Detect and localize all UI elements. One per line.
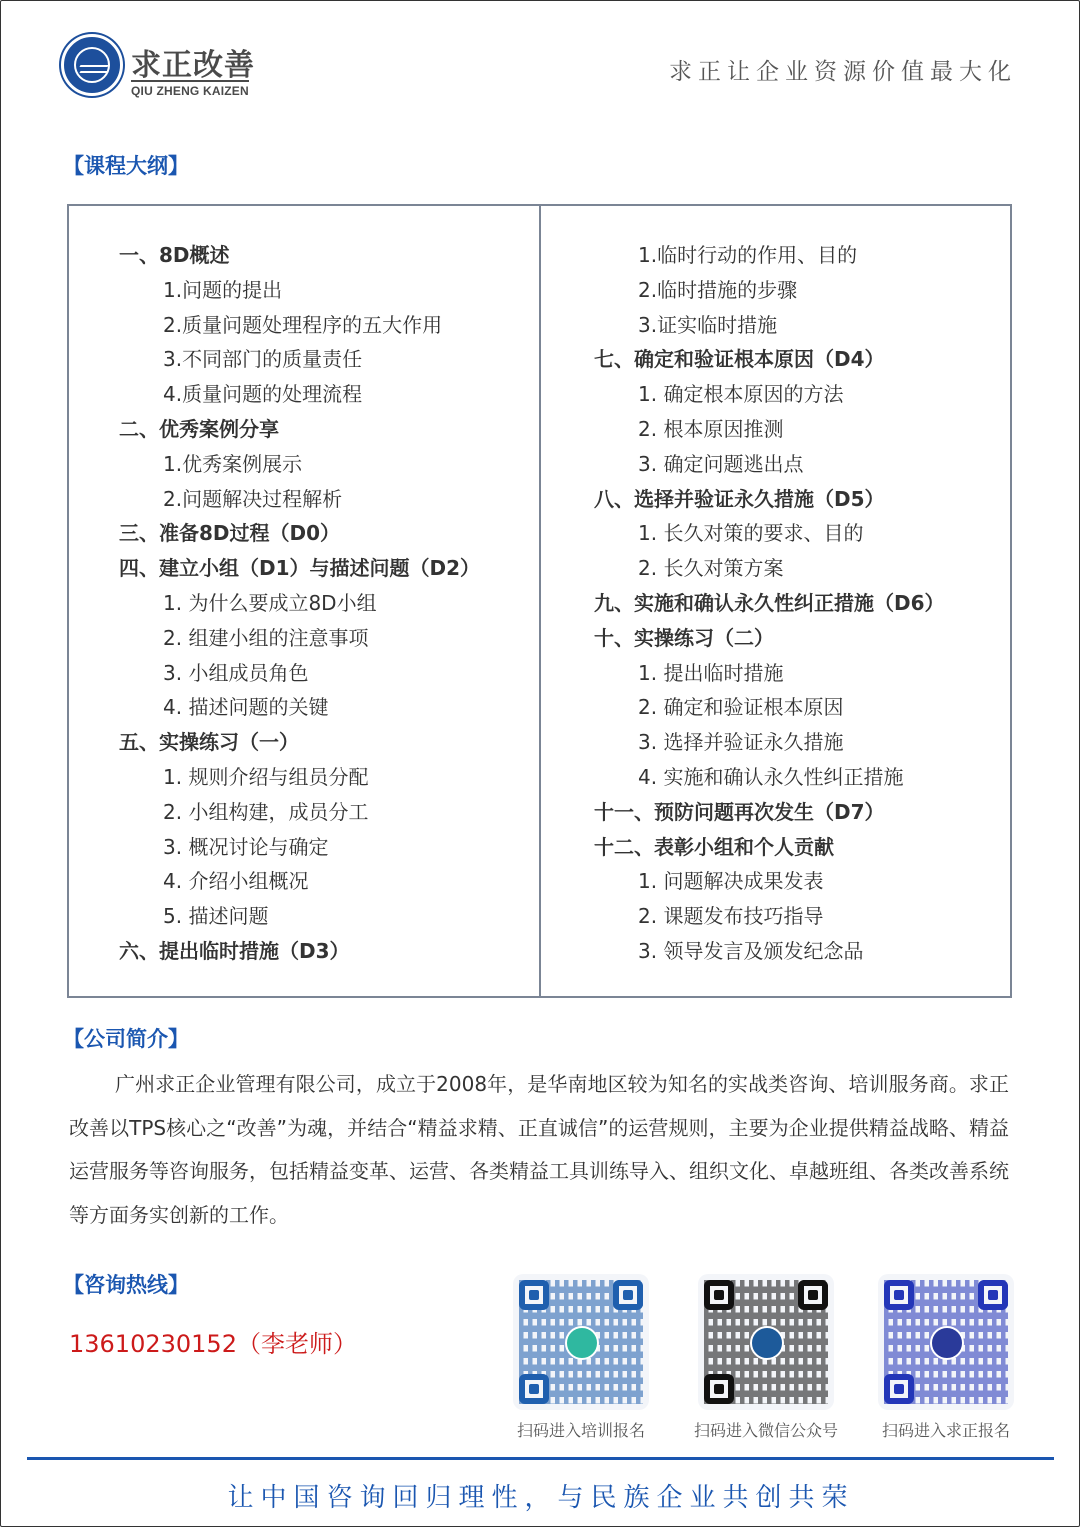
company-intro-title: 【公司简介】 (63, 1023, 189, 1053)
outline-subitem: 4. 实施和确认永久性纠正措施 (594, 760, 945, 795)
company-intro-text: 广州求正企业管理有限公司，成立于2008年，是华南地区较为知名的实战类咨询、培训… (69, 1063, 1009, 1237)
hotline-phone[interactable]: 13610230152（李老师） (69, 1324, 357, 1359)
qr-finder-icon (519, 1374, 549, 1404)
qr-finder-icon (613, 1280, 643, 1310)
outline-subitem: 5. 描述问题 (119, 899, 480, 934)
outline-subitem: 2.临时措施的步骤 (594, 273, 945, 308)
qr-code-icon[interactable] (878, 1274, 1014, 1410)
outline-subitem: 1.优秀案例展示 (119, 447, 480, 482)
outline-subitem: 3. 领导发言及颁发纪念品 (594, 934, 945, 969)
qr-code-icon[interactable] (513, 1274, 649, 1410)
outline-subitem: 1. 规则介绍与组员分配 (119, 760, 480, 795)
outline-subitem: 1. 为什么要成立8D小组 (119, 586, 480, 621)
outline-subitem: 2.质量问题处理程序的五大作用 (119, 308, 480, 343)
qr-code-card[interactable]: 扫码进入求正报名 (871, 1274, 1021, 1441)
outline-subitem: 3. 选择并验证永久措施 (594, 725, 945, 760)
outline-chapter: 十二、表彰小组和个人贡献 (594, 830, 945, 865)
course-outline-box: 一、8D概述1.问题的提出2.质量问题处理程序的五大作用3.不同部门的质量责任4… (67, 204, 1012, 998)
qr-finder-icon (519, 1280, 549, 1310)
outline-subitem: 2. 确定和验证根本原因 (594, 690, 945, 725)
qr-finder-icon (884, 1280, 914, 1310)
outline-subitem: 2.问题解决过程解析 (119, 482, 480, 517)
outline-subitem: 2. 课题发布技巧指导 (594, 899, 945, 934)
outline-subitem: 4. 介绍小组概况 (119, 864, 480, 899)
outline-subitem: 3.证实临时措施 (594, 308, 945, 343)
company-logo-icon (750, 1326, 784, 1360)
company-logo: 求正改善 QIU ZHENG KAIZEN (61, 34, 261, 109)
qr-code-label: 扫码进入微信公众号 (691, 1418, 841, 1441)
outline-subitem: 1.临时行动的作用、目的 (594, 238, 945, 273)
outline-subitem: 1. 长久对策的要求、目的 (594, 516, 945, 551)
outline-subitem: 2. 根本原因推测 (594, 412, 945, 447)
outline-subitem: 3. 概况讨论与确定 (119, 830, 480, 865)
header-slogan: 求正让企业资源价值最大化 (669, 53, 1017, 86)
course-outline-title: 【课程大纲】 (63, 150, 189, 180)
footer-motto: 让中国咨询回归理性，与民族企业共创共荣 (1, 1477, 1080, 1514)
footer-divider (27, 1457, 1054, 1460)
qr-finder-icon (798, 1280, 828, 1310)
logo-chinese-name: 求正改善 (131, 40, 255, 84)
outline-left-column: 一、8D概述1.问题的提出2.质量问题处理程序的五大作用3.不同部门的质量责任4… (119, 238, 480, 969)
qr-code-icon[interactable] (698, 1274, 834, 1410)
outline-chapter: 七、确定和验证根本原因（D4） (594, 342, 945, 377)
outline-subitem: 2. 小组构建，成员分工 (119, 795, 480, 830)
logo-english-name: QIU ZHENG KAIZEN (131, 84, 249, 98)
column-divider (539, 206, 541, 996)
outline-subitem: 1. 确定根本原因的方法 (594, 377, 945, 412)
outline-chapter: 一、8D概述 (119, 238, 480, 273)
outline-subitem: 1. 问题解决成果发表 (594, 864, 945, 899)
outline-chapter: 三、准备8D过程（D0） (119, 516, 480, 551)
qr-code-card[interactable]: 扫码进入培训报名 (506, 1274, 656, 1441)
outline-subitem: 4.质量问题的处理流程 (119, 377, 480, 412)
qr-code-label: 扫码进入培训报名 (506, 1418, 656, 1441)
logo-divider (131, 80, 249, 82)
outline-chapter: 四、建立小组（D1）与描述问题（D2） (119, 551, 480, 586)
outline-chapter: 九、实施和确认永久性纠正措施（D6） (594, 586, 945, 621)
outline-chapter: 二、优秀案例分享 (119, 412, 480, 447)
qr-code-label: 扫码进入求正报名 (871, 1418, 1021, 1441)
outline-subitem: 2. 长久对策方案 (594, 551, 945, 586)
outline-chapter: 五、实操练习（一） (119, 725, 480, 760)
outline-subitem: 1. 提出临时措施 (594, 656, 945, 691)
outline-subitem: 3. 确定问题逃出点 (594, 447, 945, 482)
outline-subitem: 1.问题的提出 (119, 273, 480, 308)
logo-badge-icon (61, 34, 123, 96)
qr-finder-icon (978, 1280, 1008, 1310)
outline-subitem: 3. 小组成员角色 (119, 656, 480, 691)
outline-right-column: 1.临时行动的作用、目的2.临时措施的步骤3.证实临时措施七、确定和验证根本原因… (594, 238, 945, 969)
outline-chapter: 六、提出临时措施（D3） (119, 934, 480, 969)
qr-code-card[interactable]: 扫码进入微信公众号 (691, 1274, 841, 1441)
outline-subitem: 2. 组建小组的注意事项 (119, 621, 480, 656)
outline-subitem: 4. 描述问题的关键 (119, 690, 480, 725)
outline-chapter: 十、实操练习（二） (594, 621, 945, 656)
outline-subitem: 3.不同部门的质量责任 (119, 342, 480, 377)
qr-finder-icon (704, 1280, 734, 1310)
qr-finder-icon (704, 1374, 734, 1404)
hotline-title: 【咨询热线】 (63, 1269, 189, 1299)
outline-chapter: 十一、预防问题再次发生（D7） (594, 795, 945, 830)
company-logo-icon (930, 1326, 964, 1360)
outline-chapter: 八、选择并验证永久措施（D5） (594, 482, 945, 517)
qr-finder-icon (884, 1374, 914, 1404)
page-frame: 求正改善 QIU ZHENG KAIZEN 求正让企业资源价值最大化 【课程大纲… (0, 0, 1080, 1527)
user-avatar-icon (565, 1326, 599, 1360)
